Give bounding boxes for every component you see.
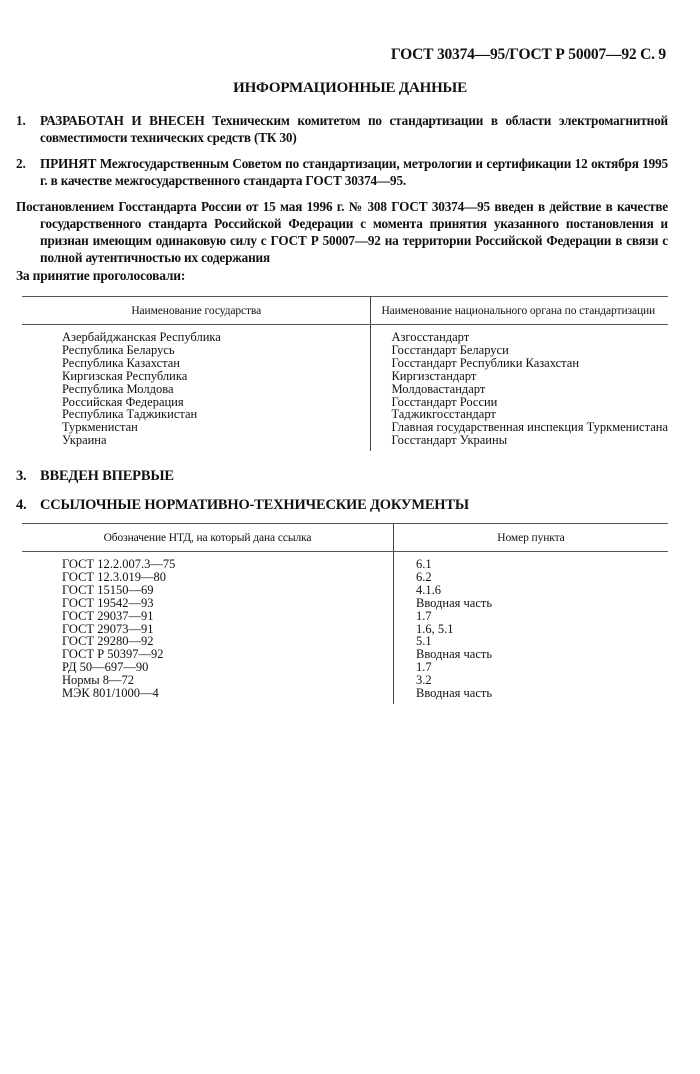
- state-list-cell: Азербайджанская РеспубликаРеспублика Бел…: [22, 325, 371, 452]
- clause-number: 6.1: [416, 558, 668, 571]
- standards-body-name: Госстандарт Беларуси: [391, 344, 668, 357]
- document-designation: ГОСТ 29037—91: [62, 610, 393, 623]
- section-4-heading: 4.ССЫЛОЧНЫЕ НОРМАТИВНО-ТЕХНИЧЕСКИЕ ДОКУМ…: [16, 497, 469, 514]
- paragraph-number: 1.: [16, 112, 26, 129]
- paragraph-body: ПРИНЯТ Межгосударственным Советом по ста…: [16, 155, 668, 189]
- section-title: ВВЕДЕН ВПЕРВЫЕ: [40, 468, 174, 484]
- document-designation: ГОСТ 15150—69: [62, 584, 393, 597]
- standards-body-name: Киргизстандарт: [391, 370, 668, 383]
- clause-number: Вводная часть: [416, 597, 668, 610]
- clause-number: Вводная часть: [416, 687, 668, 700]
- state-name: Республика Беларусь: [62, 344, 370, 357]
- standards-body-name: Госстандарт Республики Казахстан: [391, 357, 668, 370]
- column-header-body: Наименование национального органа по ста…: [371, 297, 668, 325]
- paragraph-body: РАЗРАБОТАН И ВНЕСЕН Техническим комитето…: [16, 112, 668, 146]
- reference-table: Обозначение НТД, на который дана ссылка …: [22, 523, 668, 704]
- document-list-cell: ГОСТ 12.2.007.3—75ГОСТ 12.3.019—80ГОСТ 1…: [22, 552, 394, 704]
- table-row: Азербайджанская РеспубликаРеспублика Бел…: [22, 325, 668, 452]
- standards-body-name: Госстандарт Украины: [391, 434, 668, 447]
- state-name: Республика Казахстан: [62, 357, 370, 370]
- paragraph-lead: РАЗРАБОТАН И ВНЕСЕН: [40, 113, 205, 128]
- paragraph-number: 2.: [16, 155, 26, 172]
- clause-number: 1.7: [416, 610, 668, 623]
- paragraph-2: 2. ПРИНЯТ Межгосударственным Советом по …: [16, 155, 668, 189]
- section-number: 3.: [16, 468, 40, 485]
- clause-number: 6.2: [416, 571, 668, 584]
- clause-number: 1.6, 5.1: [416, 623, 668, 636]
- section-title: ССЫЛОЧНЫЕ НОРМАТИВНО-ТЕХНИЧЕСКИЕ ДОКУМЕН…: [40, 497, 469, 513]
- state-name: Киргизская Республика: [62, 370, 370, 383]
- state-name: Азербайджанская Республика: [62, 331, 370, 344]
- standards-body-name: Молдовастандарт: [391, 383, 668, 396]
- column-header-document: Обозначение НТД, на который дана ссылка: [22, 524, 394, 552]
- paragraph-1: 1. РАЗРАБОТАН И ВНЕСЕН Техническим комит…: [16, 112, 668, 146]
- table-header-row: Наименование государства Наименование на…: [22, 297, 668, 325]
- document-title: ИНФОРМАЦИОННЫЕ ДАННЫЕ: [0, 80, 700, 97]
- clause-list-cell: 6.16.24.1.6Вводная часть1.71.6, 5.15.1Вв…: [394, 552, 669, 704]
- clause-number: 4.1.6: [416, 584, 668, 597]
- column-header-state: Наименование государства: [22, 297, 371, 325]
- column-header-clause: Номер пункта: [394, 524, 669, 552]
- table-row: ГОСТ 12.2.007.3—75ГОСТ 12.3.019—80ГОСТ 1…: [22, 552, 668, 704]
- state-name: Украина: [62, 434, 370, 447]
- document-designation: ГОСТ 19542—93: [62, 597, 393, 610]
- body-list-cell: АзгосстандартГосстандарт БеларусиГосстан…: [371, 325, 668, 452]
- vote-table: Наименование государства Наименование на…: [22, 296, 668, 451]
- state-name: Республика Молдова: [62, 383, 370, 396]
- table-header-row: Обозначение НТД, на который дана ссылка …: [22, 524, 668, 552]
- standards-body-name: Азгосстандарт: [391, 331, 668, 344]
- section-number: 4.: [16, 497, 40, 514]
- state-name: Туркменистан: [62, 421, 370, 434]
- clause-number: 1.7: [416, 661, 668, 674]
- clause-number: Вводная часть: [416, 648, 668, 661]
- paragraph-lead: ПРИНЯТ: [40, 156, 96, 171]
- page-header: ГОСТ 30374—95/ГОСТ Р 50007—92 С. 9: [391, 46, 666, 64]
- document-designation: ГОСТ 12.3.019—80: [62, 571, 393, 584]
- paragraph-text: Межгосударственным Советом по стандартиз…: [40, 156, 668, 188]
- document-designation: ГОСТ 12.2.007.3—75: [62, 558, 393, 571]
- vote-title: За принятие проголосовали:: [16, 268, 185, 284]
- decree-text: Постановлением Госстандарта России от 15…: [16, 198, 668, 266]
- decree-paragraph: Постановлением Госстандарта России от 15…: [16, 198, 668, 266]
- section-3-heading: 3.ВВЕДЕН ВПЕРВЫЕ: [16, 468, 174, 485]
- document-designation: МЭК 801/1000—4: [62, 687, 393, 700]
